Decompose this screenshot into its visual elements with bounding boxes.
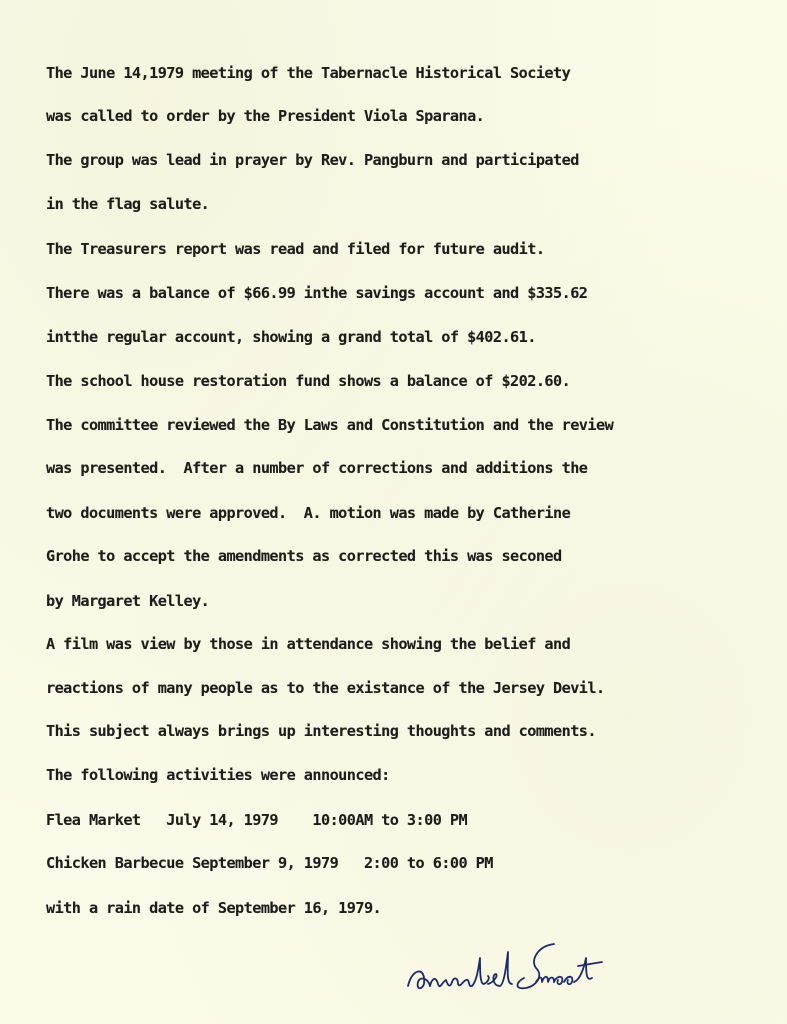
event-line: Chicken Barbecue September 9, 1979 2:00 …	[46, 854, 493, 872]
text-line: was called to order by the President Vio…	[46, 107, 484, 125]
text-line: by Margaret Kelley.	[46, 592, 209, 610]
text-line: The group was lead in prayer by Rev. Pan…	[46, 151, 579, 169]
text-line: The June 14,1979 meeting of the Tabernac…	[46, 64, 570, 82]
text-line: There was a balance of $66.99 inthe savi…	[46, 284, 587, 302]
event-line: Flea Market July 14, 1979 10:00AM to 3:0…	[46, 811, 467, 829]
signature	[404, 938, 644, 998]
text-line: intthe regular account, showing a grand …	[46, 328, 536, 346]
text-line: The following activities were announced:	[46, 766, 390, 784]
signature-scribble-icon	[404, 938, 644, 998]
text-line: was presented. After a number of correct…	[46, 459, 587, 477]
document-page: The June 14,1979 meeting of the Tabernac…	[0, 0, 787, 1024]
text-line: The committee reviewed the By Laws and C…	[46, 416, 613, 434]
text-line: in the flag salute.	[46, 195, 209, 213]
text-line: This subject always brings up interestin…	[46, 722, 596, 740]
text-line: Grohe to accept the amendments as correc…	[46, 547, 562, 565]
text-line: two documents were approved. A. motion w…	[46, 504, 570, 522]
text-line: A film was view by those in attendance s…	[46, 635, 570, 653]
text-line: The Treasurers report was read and filed…	[46, 240, 544, 258]
text-line: The school house restoration fund shows …	[46, 372, 570, 390]
text-line: with a rain date of September 16, 1979.	[46, 899, 381, 917]
text-line: reactions of many people as to the exist…	[46, 679, 605, 697]
